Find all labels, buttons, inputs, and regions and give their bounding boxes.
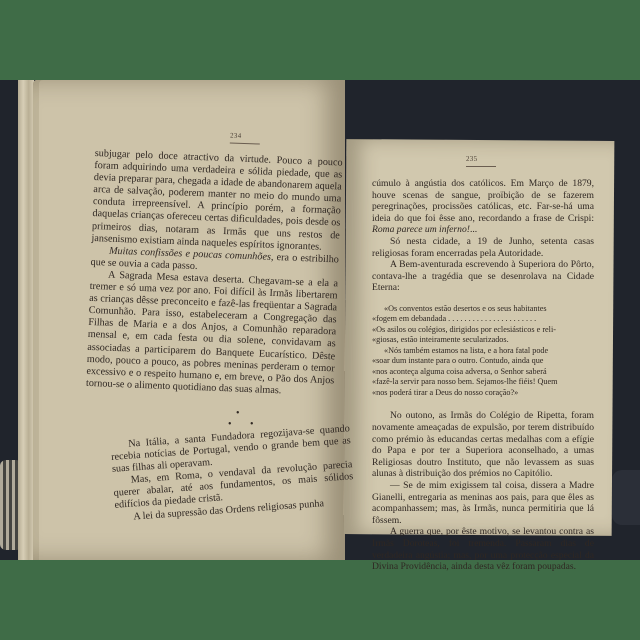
section-separator: •• • <box>228 408 262 430</box>
paragraph: No outono, as Irmãs do Colégio de Ripett… <box>372 410 594 480</box>
right-page-text: cúmulo à angústia dos católicos. Em Març… <box>372 178 594 573</box>
paragraph: Só nesta cidade, a 19 de Junho, setenta … <box>372 236 594 259</box>
quote-line: «soar dum instante para o outro. Contudo… <box>372 356 594 367</box>
quote-line: «Nós também estamos na lista, e a hora f… <box>372 346 594 357</box>
quote-line: «fazê-la servir para nosso bem. Sejamos-… <box>372 377 594 388</box>
book-clip <box>612 470 640 525</box>
text-run: cúmulo à angústia dos católicos. Em Març… <box>372 178 594 224</box>
letter-quote: «Os conventos estão desertos e os seus h… <box>372 304 594 399</box>
right-page-number: 235 <box>466 155 496 167</box>
left-page-number: 234 <box>230 131 260 144</box>
quote-line: «Os asilos ou colégios, dirigidos por ec… <box>372 325 594 336</box>
paragraph: A guerra que, por êste motivo, se levant… <box>372 526 594 572</box>
left-page-text-lower: Na Itália, a santa Fundadora regozijava-… <box>110 423 355 524</box>
paragraph: subjugar pelo doce atractivo da virtude.… <box>91 148 343 254</box>
quote-line: «nos aconteça alguma coisa adversa, o Se… <box>372 367 594 378</box>
quote-line: «giosas, estão inteiramente secularizado… <box>372 335 594 346</box>
paragraph: cúmulo à angústia dos católicos. Em Març… <box>372 178 594 236</box>
left-page-text: subjugar pelo doce atractivo da virtude.… <box>86 148 343 399</box>
paragraph: A Sagrada Mesa estava deserta. Chegavam-… <box>86 269 338 399</box>
italic-quote: Roma parece um inferno! <box>372 224 470 235</box>
paragraph: A Bem-aventurada escrevendo à Superiora … <box>372 259 594 294</box>
paragraph: — Se de mim exigissem tal coisa, dissera… <box>372 480 594 526</box>
top-frame-band <box>0 0 640 80</box>
quote-line: «Os conventos estão desertos e os seus h… <box>372 304 594 315</box>
quote-line: «fogem em debandada . . . . . . . . . . … <box>372 314 594 325</box>
left-page-stack-edge <box>18 80 34 560</box>
text-run: ... <box>470 224 477 235</box>
quote-line: «nos poderá tirar a Deus do nosso coraçã… <box>372 388 594 399</box>
